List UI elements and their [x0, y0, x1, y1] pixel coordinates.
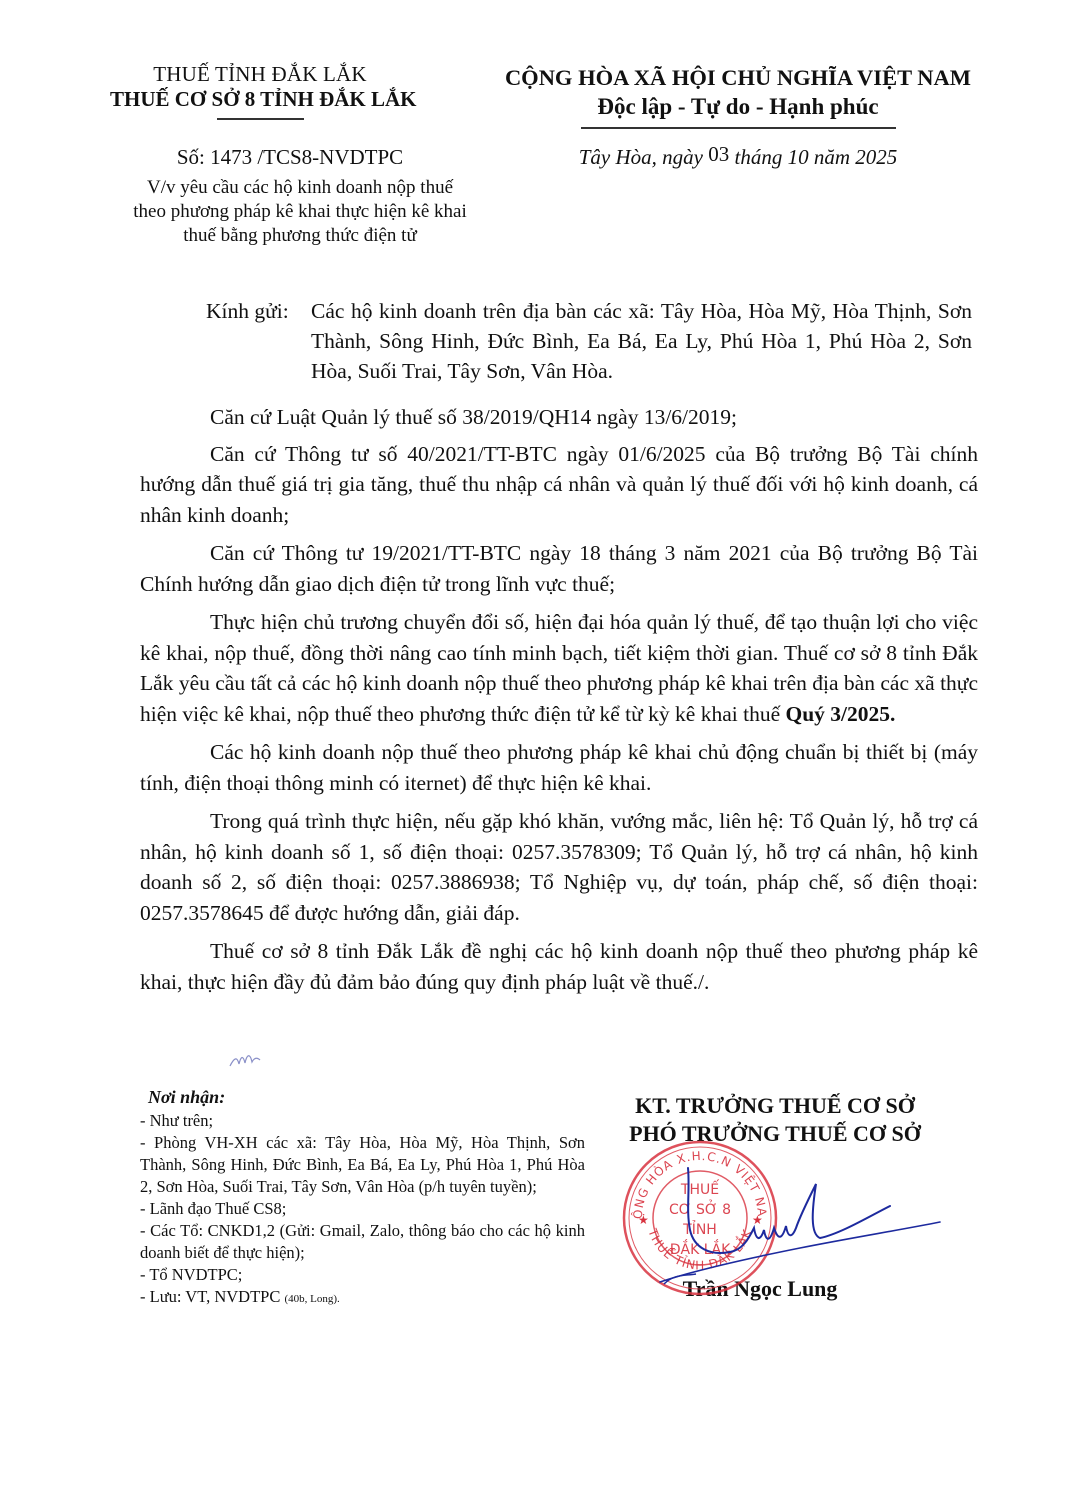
distribution-title: Nơi nhận: [148, 1086, 585, 1108]
svg-text:★: ★ [638, 1213, 649, 1227]
initials-mark-icon [228, 1050, 262, 1070]
main-request-paragraph: Thực hiện chủ trương chuyển đổi số, hiện… [140, 607, 978, 729]
legal-basis-2: Căn cứ Thông tư số 40/2021/TT-BTC ngày 0… [140, 439, 978, 531]
recipients-label: Kính gửi: [206, 296, 311, 386]
national-title: CỘNG HÒA XÃ HỘI CHỦ NGHĨA VIỆT NAM [478, 64, 998, 92]
recipients-text: Các hộ kinh doanh trên địa bàn các xã: T… [311, 296, 972, 386]
document-body: Căn cứ Luật Quản lý thuế số 38/2019/QH14… [140, 402, 978, 1005]
distribution-item: - Tổ NVDTPC; [140, 1264, 585, 1286]
issuing-agency-block: THUẾ TỈNH ĐẮK LẮK THUẾ CƠ SỞ 8 TỈNH ĐẮK … [110, 62, 410, 120]
distribution-list: Nơi nhận: - Như trên; - Phòng VH-XH các … [140, 1086, 585, 1310]
date-day: 03 [708, 142, 729, 166]
agency-underline [217, 118, 304, 120]
equipment-paragraph: Các hộ kinh doanh nộp thuế theo phương p… [140, 737, 978, 798]
motto-underline [581, 127, 896, 129]
distribution-item: - Như trên; [140, 1110, 585, 1132]
handwritten-signature-icon [650, 1160, 950, 1290]
distribution-item: - Các Tổ: CNKD1,2 (Gửi: Gmail, Zalo, thô… [140, 1220, 585, 1264]
national-motto: Độc lập - Tự do - Hạnh phúc [478, 92, 998, 122]
archive-item: - Lưu: VT, NVDTPC [140, 1287, 280, 1306]
place-suffix: tháng 10 năm 2025 [735, 145, 898, 169]
document-subject: V/v yêu cầu các hộ kinh doanh nộp thuế t… [130, 176, 470, 248]
deadline-period: Quý 3/2025. [786, 702, 896, 726]
issuing-agency: THUẾ CƠ SỞ 8 TỈNH ĐẮK LẮK [110, 86, 410, 112]
parent-agency: THUẾ TỈNH ĐẮK LẮK [110, 62, 410, 86]
distribution-item: - Lưu: VT, NVDTPC (40b, Long). [140, 1286, 585, 1310]
signer-authority: KT. TRƯỞNG THUẾ CƠ SỞ [590, 1092, 960, 1120]
legal-basis-1: Căn cứ Luật Quản lý thuế số 38/2019/QH14… [140, 402, 978, 433]
place-prefix: Tây Hòa, ngày [579, 145, 703, 169]
distribution-item: - Phòng VH-XH các xã: Tây Hòa, Hòa Mỹ, H… [140, 1132, 585, 1198]
distribution-item: - Lãnh đạo Thuế CS8; [140, 1198, 585, 1220]
archive-note: (40b, Long). [284, 1293, 339, 1305]
closing-paragraph: Thuế cơ sở 8 tỉnh Đắk Lắk đề nghị các hộ… [140, 936, 978, 997]
legal-basis-3: Căn cứ Thông tư 19/2021/TT-BTC ngày 18 t… [140, 538, 978, 599]
place-date: Tây Hòa, ngày 03 tháng 10 năm 2025 [478, 143, 998, 171]
document-number: Số: 1473 /TCS8-NVDTPC [140, 143, 440, 171]
contact-paragraph: Trong quá trình thực hiện, nếu gặp khó k… [140, 806, 978, 928]
recipients-block: Kính gửi: Các hộ kinh doanh trên địa bàn… [206, 296, 972, 386]
national-header-block: CỘNG HÒA XÃ HỘI CHỦ NGHĨA VIỆT NAM Độc l… [478, 64, 998, 129]
